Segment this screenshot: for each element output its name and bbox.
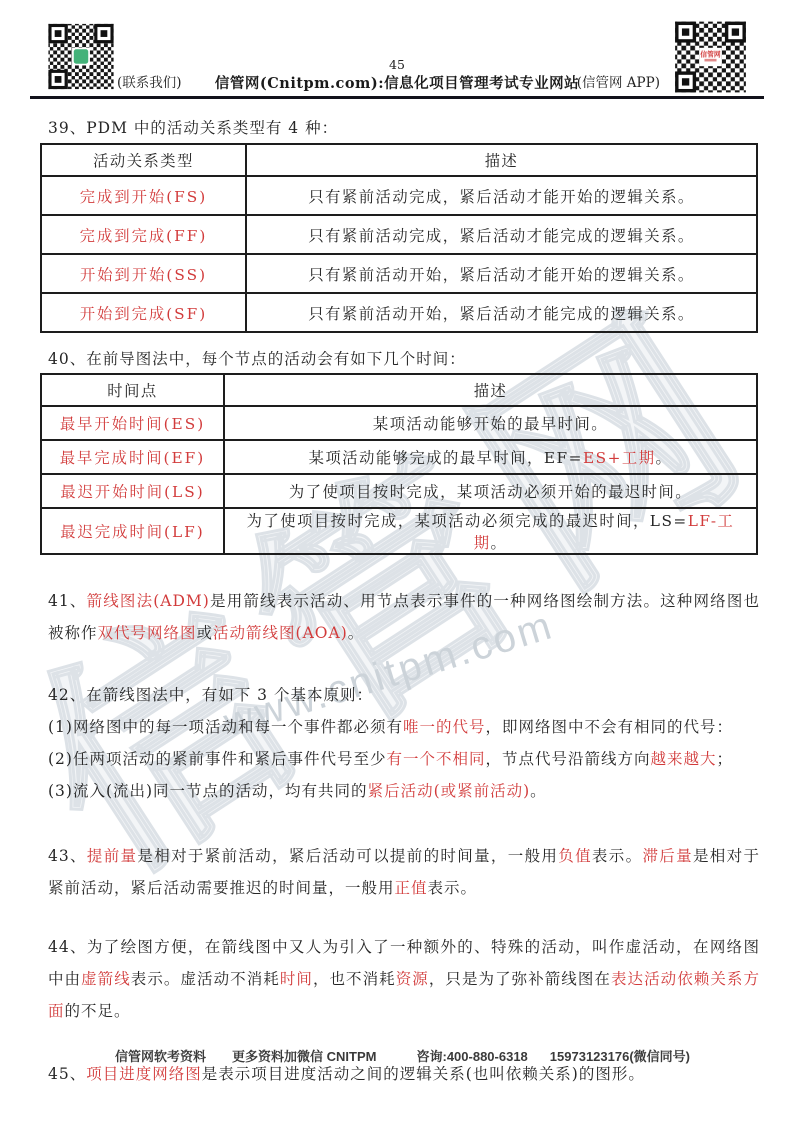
cell-desc: 只有紧前活动开始，紧后活动才能开始的逻辑关系。 <box>246 254 757 293</box>
cell-type: 完成到完成(FF) <box>41 215 246 254</box>
cell-desc: 只有紧前活动开始，紧后活动才能完成的逻辑关系。 <box>246 293 757 332</box>
highlighted-term: 唯一的代号 <box>403 718 486 736</box>
text-segment: 45、 <box>48 1065 86 1083</box>
cell-time: 最早开始时间(ES) <box>41 406 224 440</box>
cell-desc: 为了使项目按时完成，某项活动必须开始的最迟时间。 <box>224 474 757 508</box>
cell-desc: 某项活动能够完成的最早时间，EF=ES+工期。 <box>224 440 757 474</box>
text-segment: 某项活动能够完成的最早时间，EF= <box>309 449 583 467</box>
activity-relationship-table: 活动关系类型 描述 完成到开始(FS)只有紧前活动完成，紧后活动才能开始的逻辑关… <box>40 143 758 333</box>
text-segment: 。 <box>491 534 508 552</box>
highlighted-term: 活动箭线图(AOA) <box>213 624 348 642</box>
cell-time: 最迟开始时间(LS) <box>41 474 224 508</box>
text-segment: (2)任两项活动的紧前事件和紧后事件代号至少 <box>48 750 386 768</box>
cell-desc: 某项活动能够开始的最早时间。 <box>224 406 757 440</box>
cell-desc: 为了使项目按时完成，某项活动必须完成的最迟时间，LS=LF-工期。 <box>224 508 757 554</box>
table-row: 完成到开始(FS)只有紧前活动完成，紧后活动才能开始的逻辑关系。 <box>41 176 757 215</box>
highlighted-term: 虚箭线 <box>81 970 131 988</box>
text-segment: 为了使项目按时完成，某项活动必须完成的最迟时间，LS= <box>247 512 688 530</box>
text-segment: 表示。 <box>592 847 643 865</box>
text-segment: ； <box>717 750 734 768</box>
text-segment: 43、 <box>48 847 87 865</box>
question-39-heading: 39、PDM 中的活动关系类型有 4 种： <box>48 118 760 138</box>
page-footer: 信管网软考资料 更多资料加微信 CNITPM 咨询:400-880-6318 1… <box>0 1046 794 1065</box>
table-header-row: 时间点 描述 <box>41 374 757 406</box>
text-segment: ，节点代号沿箭线方向 <box>485 750 650 768</box>
app-qr-code-icon: 信管网 <box>667 19 754 95</box>
highlighted-term: 双代号网络图 <box>98 624 197 642</box>
footer-wechat-number: 15973123176(微信同号) <box>550 1046 690 1065</box>
text-segment: (1)网络图中的每一项活动和每一个事件都必须有 <box>48 718 403 736</box>
cell-time: 最早完成时间(EF) <box>41 440 224 474</box>
question-43-paragraph: 43、提前量是相对于紧前活动，紧后活动可以提前的时间量，一般用负值表示。滞后量是… <box>48 840 760 904</box>
footer-wechat-note: 更多资料加微信 CNITPM <box>232 1046 376 1065</box>
text-segment: ，也不消耗 <box>313 970 396 988</box>
cell-desc: 只有紧前活动完成，紧后活动才能完成的逻辑关系。 <box>246 215 757 254</box>
principle-1: (1)网络图中的每一项活动和每一个事件都必须有唯一的代号，即网络图中不会有相同的… <box>48 711 760 743</box>
text-segment: 只有紧前活动开始，紧后活动才能开始的逻辑关系。 <box>308 266 694 284</box>
table-row: 开始到完成(SF)只有紧前活动开始，紧后活动才能完成的逻辑关系。 <box>41 293 757 332</box>
cell-type: 开始到完成(SF) <box>41 293 246 332</box>
highlighted-term: 有一个不相同 <box>386 750 485 768</box>
red-logo-text: 信管网 <box>700 49 721 58</box>
text-segment: 是相对于紧前活动，紧后活动可以提前的时间量，一般用 <box>137 847 558 865</box>
footer-phone: 咨询:400-880-6318 <box>417 1046 528 1065</box>
principle-3: (3)流入(流出)同一节点的活动，均有共同的紧后活动(或紧前活动)。 <box>48 775 760 807</box>
highlighted-term: 箭线图法(ADM) <box>87 592 210 610</box>
question-44-paragraph: 44、为了绘图方便，在箭线图中又人为引入了一种额外的、特殊的活动，叫作虚活动，在… <box>48 931 760 1027</box>
text-segment: 只有紧前活动完成，紧后活动才能完成的逻辑关系。 <box>308 227 694 245</box>
text-segment: 为了使项目按时完成，某项活动必须开始的最迟时间。 <box>289 483 692 501</box>
highlighted-term: 时间 <box>280 970 313 988</box>
document-page: 信管网 www.cnitpm.com (联系我们) 45 信管网 <box>0 0 794 1123</box>
highlighted-term: 资源 <box>396 970 429 988</box>
table-row: 最早完成时间(EF)某项活动能够完成的最早时间，EF=ES+工期。 <box>41 440 757 474</box>
cell-desc: 只有紧前活动完成，紧后活动才能开始的逻辑关系。 <box>246 176 757 215</box>
table-row: 最迟完成时间(LF)为了使项目按时完成，某项活动必须完成的最迟时间，LS=LF-… <box>41 508 757 554</box>
text-segment: 的不足。 <box>65 1002 131 1020</box>
highlighted-term: 滞后量 <box>642 847 693 865</box>
question-42-block: 42、在箭线图法中，有如下 3 个基本原则： (1)网络图中的每一项活动和每一个… <box>48 679 760 807</box>
question-40-heading: 40、在前导图法中，每个节点的活动会有如下几个时间： <box>48 349 760 369</box>
text-segment: 41、 <box>48 592 87 610</box>
text-segment: 是表示项目进度活动之间的逻辑关系(也叫依赖关系)的图形。 <box>202 1065 645 1083</box>
text-segment: 。 <box>656 449 673 467</box>
text-segment: ，只是为了弥补箭线图在 <box>429 970 611 988</box>
header-cell-desc: 描述 <box>224 374 757 406</box>
highlighted-term: 项目进度网络图 <box>86 1065 202 1083</box>
highlighted-term: 提前量 <box>87 847 138 865</box>
text-segment: 某项活动能够开始的最早时间。 <box>373 415 608 433</box>
header-divider-rule <box>30 96 764 99</box>
cell-type: 完成到开始(FS) <box>41 176 246 215</box>
text-segment: (3)流入(流出)同一节点的活动，均有共同的 <box>48 782 368 800</box>
footer-brand: 信管网软考资料 <box>115 1046 206 1065</box>
cell-type: 开始到开始(SS) <box>41 254 246 293</box>
text-segment: 或 <box>197 624 214 642</box>
text-segment: 。 <box>348 624 365 642</box>
question-42-heading: 42、在箭线图法中，有如下 3 个基本原则： <box>48 679 760 711</box>
text-segment: 只有紧前活动开始，紧后活动才能完成的逻辑关系。 <box>308 305 694 323</box>
header-cell-desc: 描述 <box>246 144 757 176</box>
highlighted-term: 正值 <box>395 879 428 897</box>
text-segment: 只有紧前活动完成，紧后活动才能开始的逻辑关系。 <box>308 188 694 206</box>
text-segment: 。 <box>530 782 547 800</box>
highlighted-term: 越来越大 <box>651 750 717 768</box>
table-row: 完成到完成(FF)只有紧前活动完成，紧后活动才能完成的逻辑关系。 <box>41 215 757 254</box>
question-41-paragraph: 41、箭线图法(ADM)是用箭线表示活动、用节点表示事件的一种网络图绘制方法。这… <box>48 585 760 649</box>
cell-time: 最迟完成时间(LF) <box>41 508 224 554</box>
text-segment: ，即网络图中不会有相同的代号： <box>485 718 733 736</box>
table-header-row: 活动关系类型 描述 <box>41 144 757 176</box>
page-content: 39、PDM 中的活动关系类型有 4 种： 活动关系类型 描述 完成到开始(FS… <box>0 118 794 1090</box>
header-cell-time: 时间点 <box>41 374 224 406</box>
table-row: 开始到开始(SS)只有紧前活动开始，紧后活动才能开始的逻辑关系。 <box>41 254 757 293</box>
table-row: 最迟开始时间(LS)为了使项目按时完成，某项活动必须开始的最迟时间。 <box>41 474 757 508</box>
app-link[interactable]: (信管网 APP) <box>577 71 660 91</box>
header-cell-type: 活动关系类型 <box>41 144 246 176</box>
text-segment: 表示。虚活动不消耗 <box>131 970 280 988</box>
highlighted-term: ES+工期 <box>583 449 656 467</box>
table-row: 最早开始时间(ES)某项活动能够开始的最早时间。 <box>41 406 757 440</box>
page-header: (联系我们) 45 信管网(Cnitpm.com):信息化项目管理考试专业网站 … <box>0 0 794 96</box>
highlighted-term: 紧后活动(或紧前活动) <box>368 782 531 800</box>
highlighted-term: 负值 <box>558 847 592 865</box>
time-point-table: 时间点 描述 最早开始时间(ES)某项活动能够开始的最早时间。最早完成时间(EF… <box>40 373 758 555</box>
principle-2: (2)任两项活动的紧前事件和紧后事件代号至少有一个不相同，节点代号沿箭线方向越来… <box>48 743 760 775</box>
text-segment: 表示。 <box>428 879 478 897</box>
